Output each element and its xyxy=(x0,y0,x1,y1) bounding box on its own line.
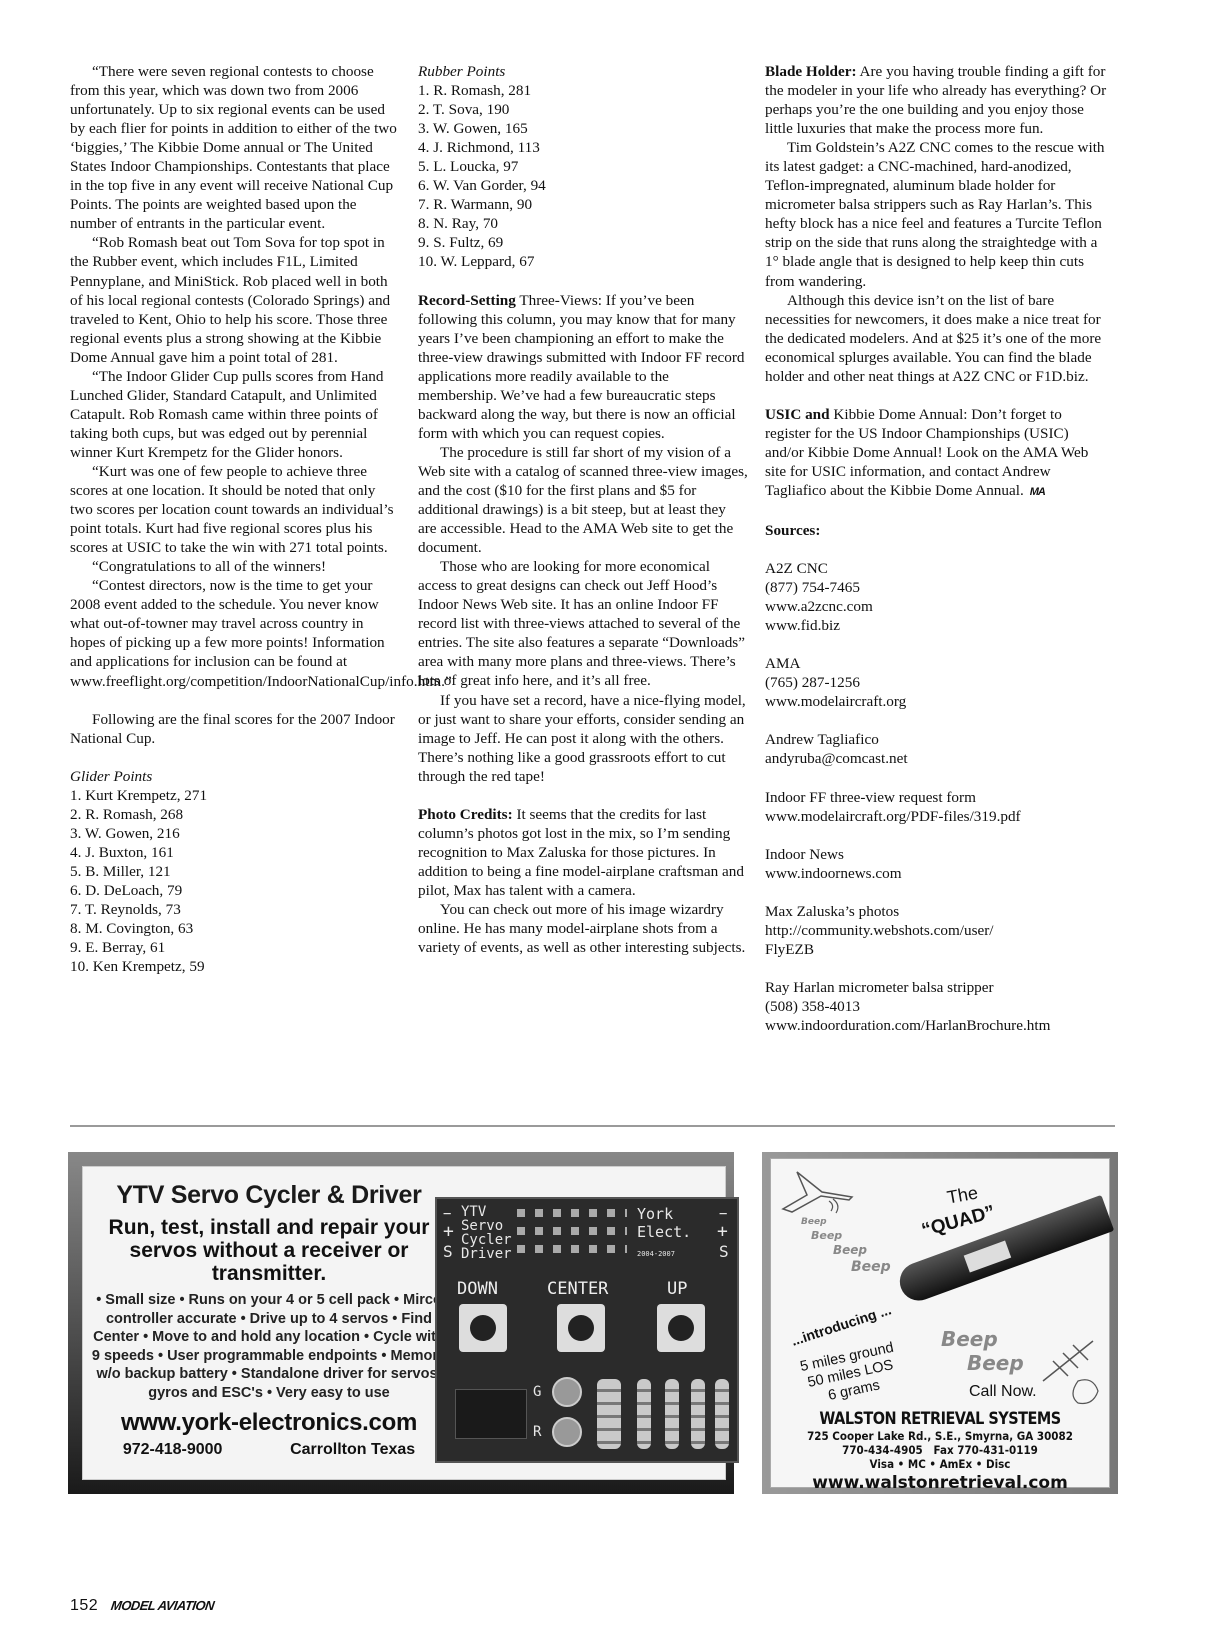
list-item: 8. M. Covington, 63 xyxy=(70,919,400,938)
rubber-points-list: Rubber Points 1. R. Romash, 281 2. T. So… xyxy=(418,62,748,272)
glider-points-heading: Glider Points xyxy=(70,768,152,785)
list-item: 5. B. Miller, 121 xyxy=(70,862,400,881)
link[interactable]: www.indoornews.com xyxy=(765,864,1110,883)
source-indoor-news: Indoor News www.indoornews.com xyxy=(765,845,1110,883)
paragraph: Tim Goldstein’s A2Z CNC comes to the res… xyxy=(765,138,1110,290)
paragraph: You can check out more of his image wiza… xyxy=(418,900,748,957)
sources-heading: Sources: xyxy=(765,522,820,539)
up-button-icon xyxy=(657,1304,705,1352)
company-url[interactable]: www.walstonretrieval.com xyxy=(771,1473,1109,1493)
source-request-form: Indoor FF three-view request form www.mo… xyxy=(765,788,1110,826)
blade-holder-section: Blade Holder: Are you having trouble fin… xyxy=(765,62,1110,138)
ad-url[interactable]: www.york-electronics.com xyxy=(89,1409,449,1437)
call-now: Call Now. xyxy=(969,1383,1037,1401)
list-item: 2. R. Romash, 268 xyxy=(70,805,400,824)
rubber-points-heading: Rubber Points xyxy=(418,63,505,80)
list-item: 9. E. Berray, 61 xyxy=(70,938,400,957)
paragraph: “Contest directors, now is the time to g… xyxy=(70,576,400,690)
led-green-icon xyxy=(552,1377,582,1407)
glider-points-list: Glider Points 1. Kurt Krempetz, 271 2. R… xyxy=(70,767,400,977)
list-item: 3. W. Gowen, 165 xyxy=(418,119,748,138)
ad-location: Carrollton Texas xyxy=(290,1441,415,1459)
center-label: CENTER xyxy=(547,1279,608,1299)
section-lead: USIC and xyxy=(765,406,830,423)
paragraph: Those who are looking for more economica… xyxy=(418,557,748,690)
ad-features: • Small size • Runs on your 4 or 5 cell … xyxy=(89,1291,449,1403)
paragraph: If you have set a record, have a nice-fl… xyxy=(418,691,748,786)
headline-the: The xyxy=(945,1182,979,1208)
magazine-name: MODEL AVIATION xyxy=(110,1598,215,1613)
antenna-hand-icon xyxy=(1033,1331,1113,1411)
down-button-icon xyxy=(459,1304,507,1352)
list-item: 7. R. Warmann, 90 xyxy=(418,195,748,214)
source-tagliafico: Andrew Tagliafico andyruba@comcast.net xyxy=(765,730,1110,768)
paragraph: “There were seven regional contests to c… xyxy=(70,62,400,233)
source-a2z: A2Z CNC (877) 754-7465 www.a2zcnc.com ww… xyxy=(765,559,1110,635)
link[interactable]: www.fid.biz xyxy=(765,616,1110,635)
payment-methods: Visa • MC • AmEx • Disc xyxy=(788,1457,1092,1471)
paragraph: The procedure is still far short of my v… xyxy=(418,443,748,557)
list-item: 1. Kurt Krempetz, 271 xyxy=(70,786,400,805)
usic-section: USIC and Kibbie Dome Annual: Don’t forge… xyxy=(765,405,1110,502)
link[interactable]: www.modelaircraft.org/PDF-files/319.pdf xyxy=(765,807,1110,826)
section-lead: Photo Credits: xyxy=(418,806,513,823)
list-item: 10. Ken Krempetz, 59 xyxy=(70,957,400,976)
led-red-icon xyxy=(552,1417,582,1447)
center-button-icon xyxy=(557,1304,605,1352)
list-item: 3. W. Gowen, 216 xyxy=(70,824,400,843)
company-address: 725 Cooper Lake Rd., S.E., Smyrna, GA 30… xyxy=(788,1429,1092,1443)
link[interactable]: www.modelaircraft.org xyxy=(765,692,1110,711)
up-label: UP xyxy=(667,1279,687,1299)
list-item: 6. W. Van Gorder, 94 xyxy=(418,176,748,195)
ad-walston-retrieval[interactable]: Beep Beep Beep Beep The “QUAD” ...introd… xyxy=(762,1152,1118,1494)
list-item: 6. D. DeLoach, 79 xyxy=(70,881,400,900)
source-zaluska: Max Zaluska’s photos http://community.we… xyxy=(765,902,1110,959)
end-mark-icon: MA xyxy=(1030,486,1045,498)
resistor-icon xyxy=(691,1379,705,1449)
column-1: “There were seven regional contests to c… xyxy=(70,62,400,976)
resistor-icon xyxy=(637,1379,651,1449)
section-lead: Blade Holder: xyxy=(765,63,857,80)
list-item: 4. J. Buxton, 161 xyxy=(70,843,400,862)
transmitter-icon xyxy=(895,1195,1115,1306)
page-footer: 152 MODEL AVIATION xyxy=(70,1597,214,1615)
ad-subtitle: Run, test, install and repair your servo… xyxy=(89,1216,449,1285)
down-label: DOWN xyxy=(457,1279,498,1299)
list-item: 7. T. Reynolds, 73 xyxy=(70,900,400,919)
resistor-icon xyxy=(597,1379,621,1449)
resistor-icon xyxy=(715,1379,729,1449)
resistor-icon xyxy=(665,1379,679,1449)
company-name: WALSTON RETRIEVAL SYSTEMS xyxy=(796,1409,1083,1429)
ad-york-electronics[interactable]: YTV Servo Cycler & Driver Run, test, ins… xyxy=(68,1152,734,1494)
email-link[interactable]: andyruba@comcast.net xyxy=(765,749,1110,768)
page-number: 152 xyxy=(70,1597,98,1614)
list-item: 4. J. Richmond, 113 xyxy=(418,138,748,157)
paragraph: Although this device isn’t on the list o… xyxy=(765,291,1110,386)
link[interactable]: http://community.webshots.com/user/ xyxy=(765,921,1110,940)
source-harlan: Ray Harlan micrometer balsa stripper (50… xyxy=(765,978,1110,1035)
link[interactable]: FlyEZB xyxy=(765,940,1110,959)
source-ama: AMA (765) 287-1256 www.modelaircraft.org xyxy=(765,654,1110,711)
column-3: Blade Holder: Are you having trouble fin… xyxy=(765,62,1110,1035)
photo-credits-section: Photo Credits: It seems that the credits… xyxy=(418,805,748,900)
chip-icon xyxy=(455,1389,527,1439)
section-lead: Record-Setting xyxy=(418,292,516,309)
link[interactable]: www.a2zcnc.com xyxy=(765,597,1110,616)
ad-phone: 972-418-9000 xyxy=(123,1441,223,1459)
paragraph: “The Indoor Glider Cup pulls scores from… xyxy=(70,367,400,462)
paragraph: “Congratulations to all of the winners! xyxy=(70,557,400,576)
paragraph: “Kurt was one of few people to achieve t… xyxy=(70,462,400,557)
list-item: 8. N. Ray, 70 xyxy=(418,214,748,233)
glider-plane-icon xyxy=(777,1167,857,1217)
column-2: Rubber Points 1. R. Romash, 281 2. T. So… xyxy=(418,62,748,957)
specs: 5 miles ground 50 miles LOS 6 grams xyxy=(799,1340,903,1410)
list-item: 2. T. Sova, 190 xyxy=(418,100,748,119)
link[interactable]: www.indoorduration.com/HarlanBrochure.ht… xyxy=(765,1016,1110,1035)
paragraph: “Rob Romash beat out Tom Sova for top sp… xyxy=(70,233,400,366)
divider xyxy=(70,1125,1115,1127)
list-item: 1. R. Romash, 281 xyxy=(418,81,748,100)
company-phones: 770-434-4905 Fax 770-431-0119 xyxy=(788,1443,1092,1457)
record-setting-section: Record-Setting Three-Views: If you’ve be… xyxy=(418,291,748,443)
ad-title: YTV Servo Cycler & Driver xyxy=(89,1181,449,1210)
final-scores-intro: Following are the final scores for the 2… xyxy=(70,710,400,748)
list-item: 9. S. Fultz, 69 xyxy=(418,233,748,252)
circuit-board-image: − + S YTV Servo Cycler Driver York Elect… xyxy=(435,1197,739,1463)
list-item: 10. W. Leppard, 67 xyxy=(418,252,748,271)
list-item: 5. L. Loucka, 97 xyxy=(418,157,748,176)
